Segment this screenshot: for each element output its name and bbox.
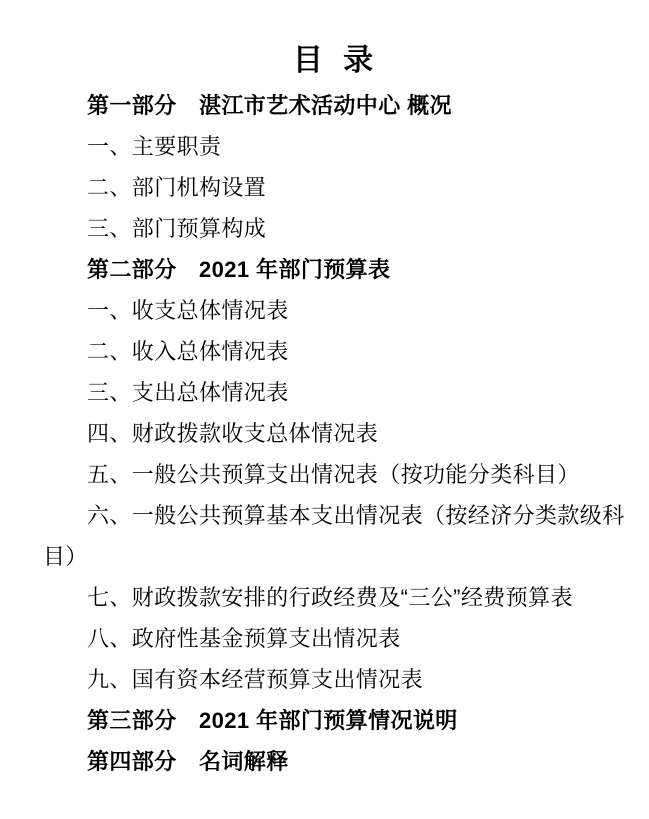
toc-entry-item: 五、一般公共预算支出情况表（按功能分类科目） bbox=[43, 454, 629, 495]
toc-entry-item: 二、部门机构设置 bbox=[43, 167, 629, 208]
toc-entry-part-4: 第四部分 名词解释 bbox=[43, 741, 629, 782]
page-title: 目 录 bbox=[43, 42, 629, 80]
toc-entry-item: 一、收支总体情况表 bbox=[43, 290, 629, 331]
toc-entry-item: 八、政府性基金预算支出情况表 bbox=[43, 618, 629, 659]
toc-entry-item: 三、支出总体情况表 bbox=[43, 372, 629, 413]
toc-entry-part-2: 第二部分 2021 年部门预算表 bbox=[43, 249, 629, 290]
toc-entry-item: 七、财政拨款安排的行政经费及“三公”经费预算表 bbox=[43, 577, 629, 618]
toc-entry-continuation: 目） bbox=[43, 536, 629, 577]
toc-entry-item: 三、部门预算构成 bbox=[43, 208, 629, 249]
toc-entry-part-1: 第一部分 湛江市艺术活动中心 概况 bbox=[43, 85, 629, 126]
toc-entry-item: 二、收入总体情况表 bbox=[43, 331, 629, 372]
toc-entry-item: 一、主要职责 bbox=[43, 126, 629, 167]
toc-entry-item: 九、国有资本经营预算支出情况表 bbox=[43, 659, 629, 700]
toc-entry-item: 四、财政拨款收支总体情况表 bbox=[43, 413, 629, 454]
toc-entry-part-3: 第三部分 2021 年部门预算情况说明 bbox=[43, 700, 629, 741]
toc-entry-item: 六、一般公共预算基本支出情况表（按经济分类款级科 bbox=[43, 495, 629, 536]
document-page: 目 录 第一部分 湛江市艺术活动中心 概况 一、主要职责 二、部门机构设置 三、… bbox=[0, 0, 649, 819]
